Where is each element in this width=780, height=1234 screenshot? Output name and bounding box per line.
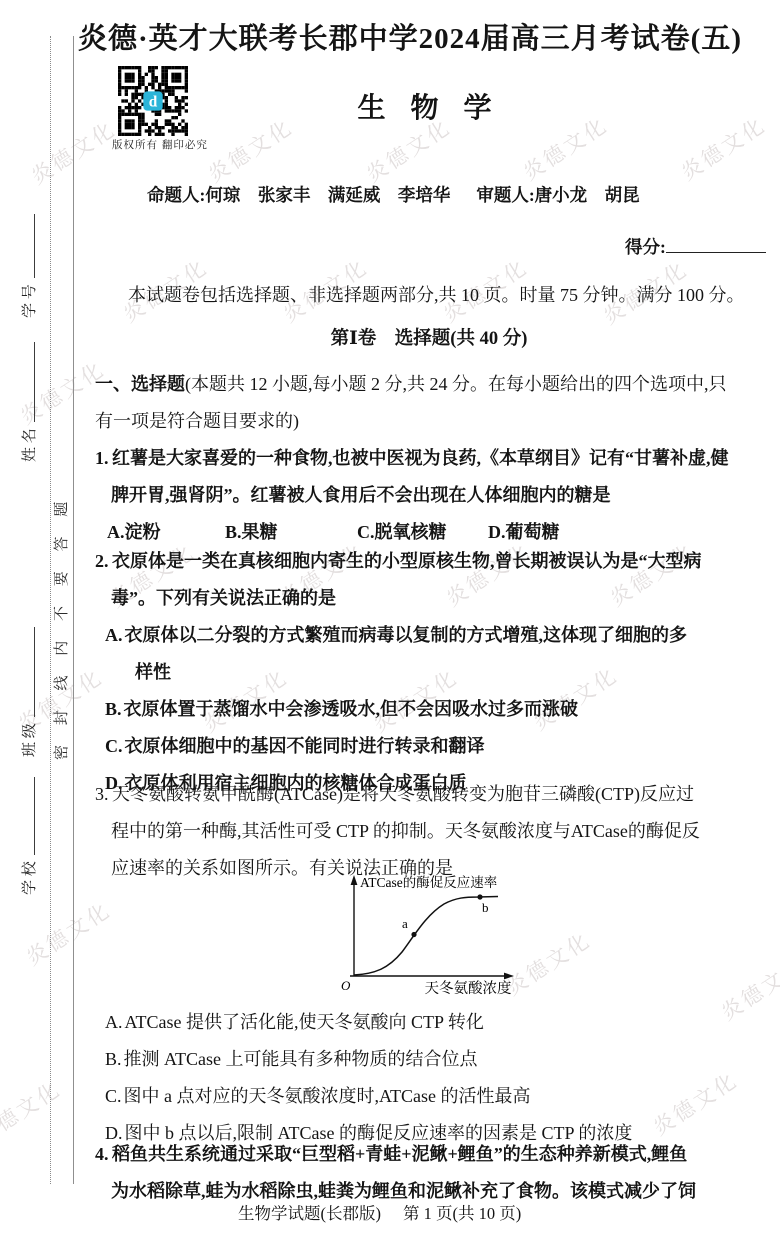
section1-rule-rest: (本题共 12 小题,每小题 2 分,共 24 分。在每小题给出的四个选项中,只	[185, 374, 727, 394]
q3-option-b-label: B.	[105, 1041, 122, 1078]
question-3-text: 天冬氨酸转氨甲酰酶(ATCase)是将天冬氨酸转变为胞苷三磷酸(CTP)反应过	[112, 784, 694, 804]
setter-label: 命题人:	[147, 185, 205, 205]
question-3-number: 3.	[95, 776, 112, 813]
reviewer-label: 审题人:	[476, 185, 534, 205]
authors-line: 命题人:何琼 张家丰 满延威 李培华审题人:唐小龙 胡昆	[147, 182, 640, 207]
school-label: 学 校	[18, 861, 39, 895]
question-2-number: 2.	[95, 543, 112, 580]
score-field: 得分:	[625, 234, 766, 259]
question-1-line-1: 1.红薯是大家喜爱的一种食物,也被中医视为良药,《本草纲目》记有“甘薯补虚,健	[95, 440, 729, 477]
question-1-number: 1.	[95, 440, 112, 477]
school-blank	[21, 777, 35, 855]
q3-option-c: C.图中 a 点对应的天冬氨酸浓度时,ATCase 的活性最高	[105, 1078, 531, 1115]
margin-field-student-number: 学 号	[16, 200, 40, 318]
q3-option-a: A.ATCase 提供了活化能,使天冬氨酸向 CTP 转化	[105, 1004, 484, 1041]
section1-rule-line1: 一、选择题(本题共 12 小题,每小题 2 分,共 24 分。在每小题给出的四个…	[95, 366, 727, 403]
seal-line-text: 密 封 线 内 不 要 答 题	[48, 418, 72, 760]
q3-option-b-text: 推测 ATCase 上可能具有多种物质的结合位点	[124, 1049, 478, 1069]
q2-option-a-text: 衣原体以二分裂的方式繁殖而病毒以复制的方式增殖,这体现了细胞的多	[125, 625, 688, 645]
class-label: 班 级	[18, 723, 39, 757]
reaction-rate-curve	[354, 897, 498, 976]
figure-x-label: 天冬氨酸浓度	[425, 979, 512, 997]
watermark-text: 炎德文化	[715, 949, 780, 1026]
student-number-label: 学 号	[18, 284, 39, 318]
q1-option-a-text: 淀粉	[125, 522, 161, 542]
q2-option-a-label: A.	[105, 617, 123, 654]
q3-option-a-label: A.	[105, 1004, 123, 1041]
q2-option-c-label: C.	[105, 728, 123, 765]
question-2-line-1: 2.衣原体是一类在真核细胞内寄生的小型原核生物,曾长期被误认为是“大型病	[95, 543, 702, 580]
q1-option-b-text: 果糖	[242, 522, 278, 542]
section1-heading: 一、选择题	[95, 374, 185, 394]
q2-option-b-text: 衣原体置于蒸馏水中会渗透吸水,但不会因吸水过多而涨破	[124, 699, 579, 719]
setter-names: 何琼 张家丰 满延威 李培华	[205, 185, 450, 205]
section1-rule-line2: 有一项是符合题目要求的)	[95, 403, 299, 440]
score-label: 得分:	[625, 237, 666, 257]
q1-option-c-text: 脱氧核糖	[375, 522, 447, 542]
qr-caption: 版权所有 翻印必究	[112, 137, 208, 152]
student-number-blank	[21, 214, 35, 278]
q3-option-c-label: C.	[105, 1078, 122, 1115]
question-2-text: 衣原体是一类在真核细胞内寄生的小型原核生物,曾长期被误认为是“大型病	[112, 551, 702, 571]
question-1-text: 红薯是大家喜爱的一种食物,也被中医视为良药,《本草纲目》记有“甘薯补虚,健	[112, 448, 729, 468]
exam-paper-page: 炎德文化炎德文化炎德文化炎德文化炎德文化炎德文化炎德文化炎德文化炎德文化炎德文化…	[0, 0, 780, 1234]
q3-option-c-text: 图中 a 点对应的天冬氨酸浓度时,ATCase 的活性最高	[124, 1086, 531, 1106]
q2-option-c-text: 衣原体细胞中的基因不能同时进行转录和翻译	[125, 736, 485, 756]
class-blank	[21, 627, 35, 717]
footer-page-number: 第 1 页(共 10 页)	[403, 1204, 521, 1223]
q2-option-b-label: B.	[105, 691, 122, 728]
point-a-dot	[411, 932, 416, 937]
q1-option-c-label: C.	[357, 522, 375, 542]
question-2-line-2: 毒”。下列有关说法正确的是	[111, 580, 336, 617]
q3-option-b: B.推测 ATCase 上可能具有多种物质的结合位点	[105, 1041, 478, 1078]
reviewer-names: 唐小龙 胡昆	[535, 185, 640, 205]
question-4-number: 4.	[95, 1136, 112, 1173]
q2-option-b: B.衣原体置于蒸馏水中会渗透吸水,但不会因吸水过多而涨破	[105, 691, 578, 728]
q1-option-d-label: D.	[488, 522, 506, 542]
enzyme-rate-figure: a b ATCase的酶促反应速率 O 天冬氨酸浓度	[338, 870, 613, 1000]
question-3-line-1: 3.天冬氨酸转氨甲酰酶(ATCase)是将天冬氨酸转变为胞苷三磷酸(CTP)反应…	[95, 776, 694, 813]
margin-field-class: 班 级	[16, 612, 40, 757]
q1-option-a-label: A.	[107, 522, 125, 542]
page-footer: 生物学试题(长郡版)第 1 页(共 10 页)	[238, 1200, 521, 1224]
name-blank	[21, 342, 35, 422]
score-blank	[666, 237, 766, 253]
q3-option-a-text: ATCase 提供了活化能,使天冬氨酸向 CTP 转化	[125, 1012, 484, 1032]
margin-field-school: 学 校	[16, 765, 40, 895]
name-label: 姓 名	[18, 428, 39, 462]
margin-field-name: 姓 名	[16, 330, 40, 462]
footer-paper-name: 生物学试题(长郡版)	[238, 1204, 381, 1223]
figure-origin-label: O	[341, 978, 351, 993]
question-3-line-2: 程中的第一种酶,其活性可受 CTP 的抑制。天冬氨酸浓度与ATCase的酶促反	[111, 813, 700, 850]
exam-series-title: 炎德·英才大联考长郡中学2024届高三月考试卷(五)	[60, 16, 760, 57]
watermark-text: 炎德文化	[20, 894, 117, 971]
q1-option-d-text: 葡萄糖	[506, 522, 560, 542]
watermark-text: 炎德文化	[0, 1073, 66, 1150]
point-b-dot	[477, 894, 482, 899]
seal-line-label: 密 封 线 内 不 要 答 题	[50, 494, 71, 760]
subject-title: 生 物 学	[95, 86, 763, 126]
q2-option-a-line-1: A.衣原体以二分裂的方式繁殖而病毒以复制的方式增殖,这体现了细胞的多	[105, 617, 687, 654]
q2-option-c: C.衣原体细胞中的基因不能同时进行转录和翻译	[105, 728, 485, 765]
watermark-text: 炎德文化	[647, 1064, 744, 1141]
q1-option-b-label: B.	[225, 522, 242, 542]
margin-border-line	[73, 36, 74, 1184]
figure-y-label: ATCase的酶促反应速率	[360, 874, 498, 890]
x-axis-arrow	[504, 973, 514, 980]
question-4-text: 稻鱼共生系统通过采取“巨型稻+青蛙+泥鳅+鲤鱼”的生态种养新模式,鲤鱼	[112, 1144, 687, 1164]
exam-intro-note: 本试题卷包括选择题、非选择题两部分,共 10 页。时量 75 分钟。满分 100…	[95, 282, 771, 308]
point-b-label: b	[482, 900, 489, 915]
question-1-line-2: 脾开胃,强肾阴”。红薯被人食用后不会出现在人体细胞内的糖是	[111, 477, 611, 514]
question-4-line-1: 4.稻鱼共生系统通过采取“巨型稻+青蛙+泥鳅+鲤鱼”的生态种养新模式,鲤鱼	[95, 1136, 687, 1173]
y-axis-arrow	[351, 875, 358, 885]
point-a-label: a	[402, 916, 408, 931]
q2-option-a-line-2: 样性	[135, 654, 171, 691]
part1-title: 第Ⅰ卷 选择题(共 40 分)	[95, 324, 763, 350]
